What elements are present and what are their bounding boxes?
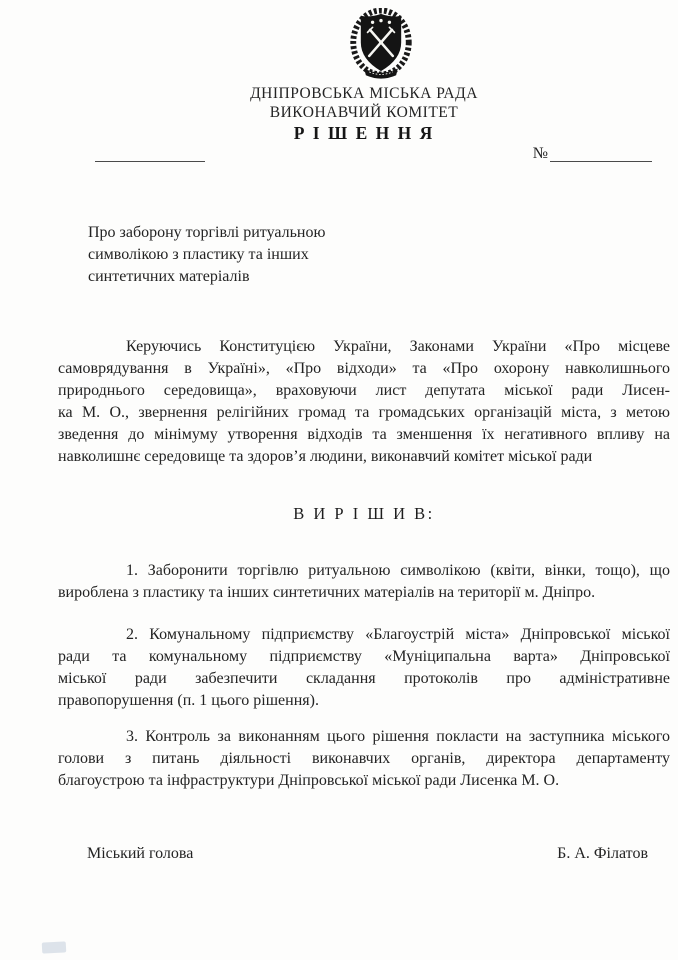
subject-line: синтетичних матеріалів [88, 266, 670, 288]
signer-name: Б. А. Філатов [557, 844, 648, 864]
signature-row: Міський голова Б. А. Філатов [58, 844, 670, 864]
number-group: № [533, 146, 652, 162]
council-name: ДНІПРОВСЬКА МІСЬКА РАДА [58, 84, 670, 103]
number-blank-line [550, 147, 652, 162]
text-line: благоустрою та інфраструктури Дніпровськ… [58, 770, 670, 792]
subject-line: Про заборону торгівлі ритуальною [88, 222, 670, 244]
text-line: Керуючись Конституцією України, Законами… [58, 336, 670, 358]
subject-block: Про заборону торгівлі ритуальною символі… [88, 222, 670, 288]
text-line: вироблена з пластику та інших синтетични… [58, 582, 670, 604]
resolution-item-2: 2. Комунальному підприємству «Благоустрі… [58, 624, 670, 712]
preamble-paragraph: Керуючись Конституцією України, Законами… [58, 336, 670, 468]
text-line: 2. Комунальному підприємству «Благоустрі… [58, 624, 670, 646]
text-line: зведення до мінімуму утворення відходів … [58, 424, 670, 446]
text-line: міської ради забезпечити складання прото… [58, 668, 670, 690]
number-sign-label: № [533, 146, 550, 162]
date-blank-line [95, 147, 205, 162]
signer-title: Міський голова [87, 844, 193, 864]
document-type-title: Р І Ш Е Н Н Я [58, 122, 670, 144]
scanned-decision-document: ДНІПРОВСЬКА МІСЬКА РАДА ВИКОНАВЧИЙ КОМІТ… [0, 0, 678, 960]
subject-line: символікою з пластику та інших [88, 244, 670, 266]
resolution-item-3: 3. Контроль за виконанням цього рішення … [58, 726, 670, 792]
resolved-heading: В И Р І Ш И В: [58, 504, 670, 524]
text-line: 1. Заборонити торгівлю ритуальною символ… [58, 560, 670, 582]
text-line: ради та комунальному підприємству «Муніц… [58, 646, 670, 668]
text-line: голови з питань діяльності виконавчих ор… [58, 748, 670, 770]
text-line: навколишнє середовище та здоров’я людини… [58, 446, 670, 468]
text-line: природнього середовища», враховуючи лист… [58, 380, 670, 402]
scan-artifact-mark [42, 941, 67, 953]
resolution-item-1: 1. Заборонити торгівлю ритуальною символ… [58, 560, 670, 604]
dnipro-coat-of-arms-emblem [71, 8, 678, 84]
committee-name: ВИКОНАВЧИЙ КОМІТЕТ [58, 103, 670, 122]
reference-row: № [58, 146, 670, 162]
text-line: 3. Контроль за виконанням цього рішення … [58, 726, 670, 748]
coat-of-arms-icon [344, 8, 418, 82]
text-line: ка М. О., звернення релігійних громад та… [58, 402, 670, 424]
text-line: правопорушення (п. 1 цього рішення). [58, 690, 670, 712]
text-line: самоврядування в Україні», «Про відходи»… [58, 358, 670, 380]
